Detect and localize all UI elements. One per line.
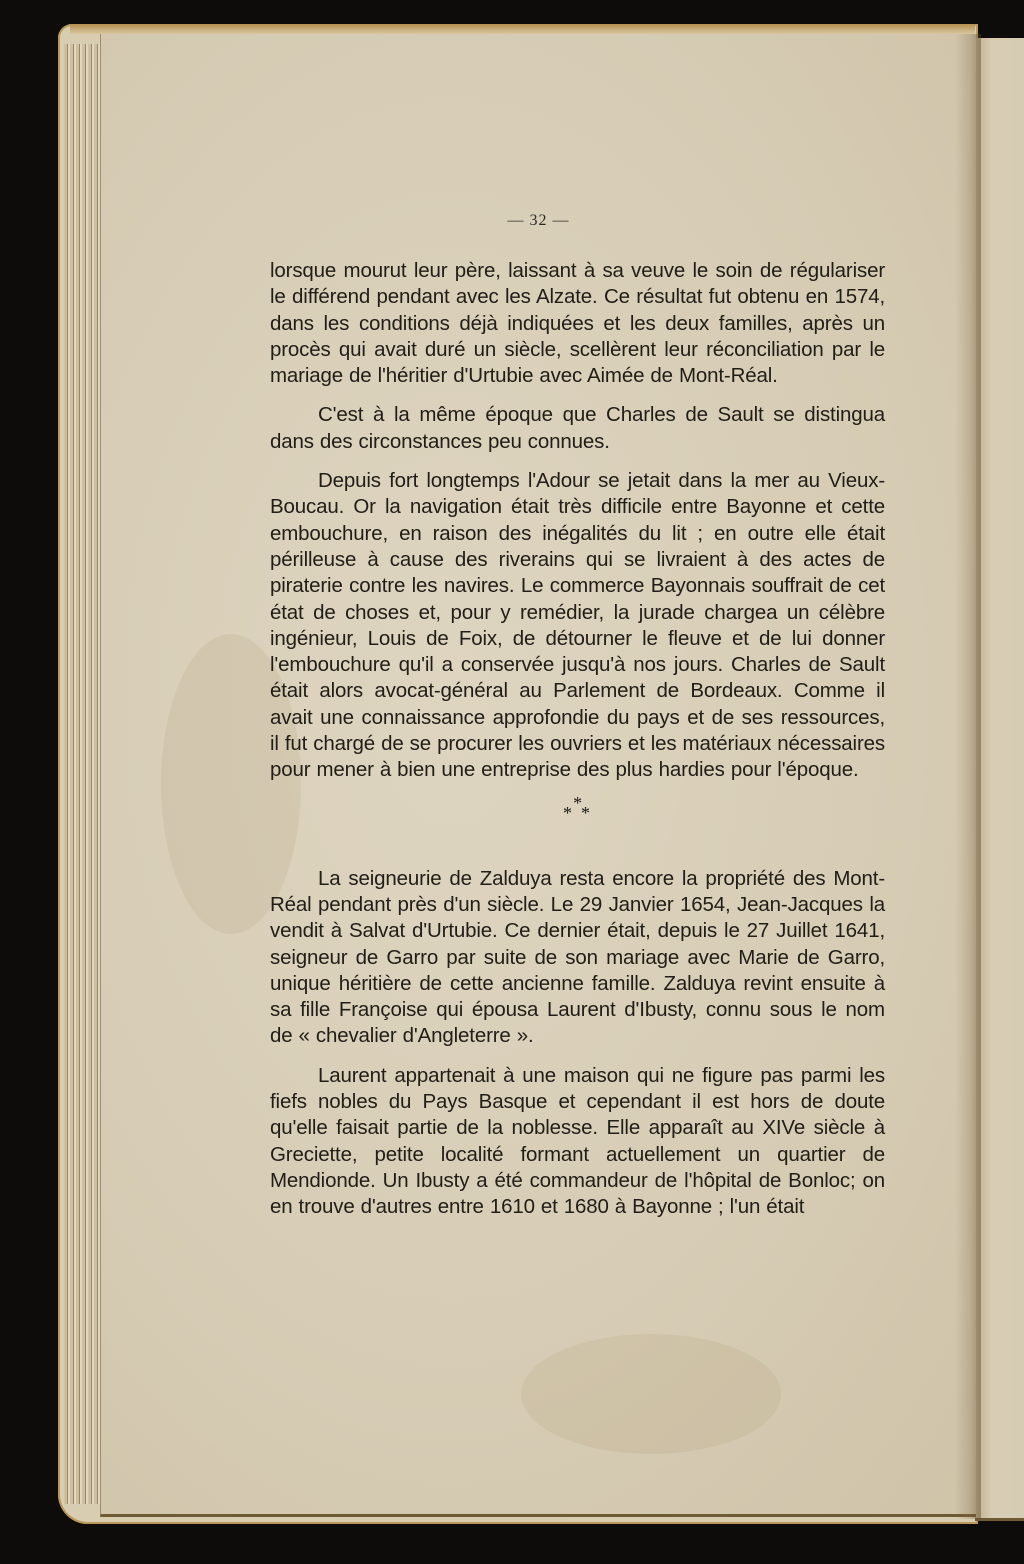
book-gutter: [955, 34, 981, 1519]
body-text: lorsque mourut leur père, laissant à sa …: [270, 258, 885, 1234]
book-page: — 32 — lorsque mourut leur père, laissan…: [100, 34, 976, 1517]
paragraph: Depuis fort longtemps l'Adour se jetait …: [270, 468, 885, 784]
page-edge-lines: [64, 44, 100, 1504]
section-separator-asterism: * * *: [270, 798, 885, 818]
page-number: — 32 —: [101, 212, 976, 230]
paragraph: La seigneurie de Zalduya resta encore la…: [270, 866, 885, 1050]
scanned-book-spread: — 32 — lorsque mourut leur père, laissan…: [0, 0, 1024, 1564]
page-top-edge: [70, 24, 975, 34]
paragraph: C'est à la même époque que Charles de Sa…: [270, 402, 885, 455]
paper-stain: [521, 1334, 781, 1454]
facing-page-edge: [975, 38, 1024, 1521]
paragraph: Laurent appartenait à une maison qui ne …: [270, 1063, 885, 1221]
paragraph: lorsque mourut leur père, laissant à sa …: [270, 258, 885, 389]
asterism-bottom: * *: [270, 808, 885, 818]
